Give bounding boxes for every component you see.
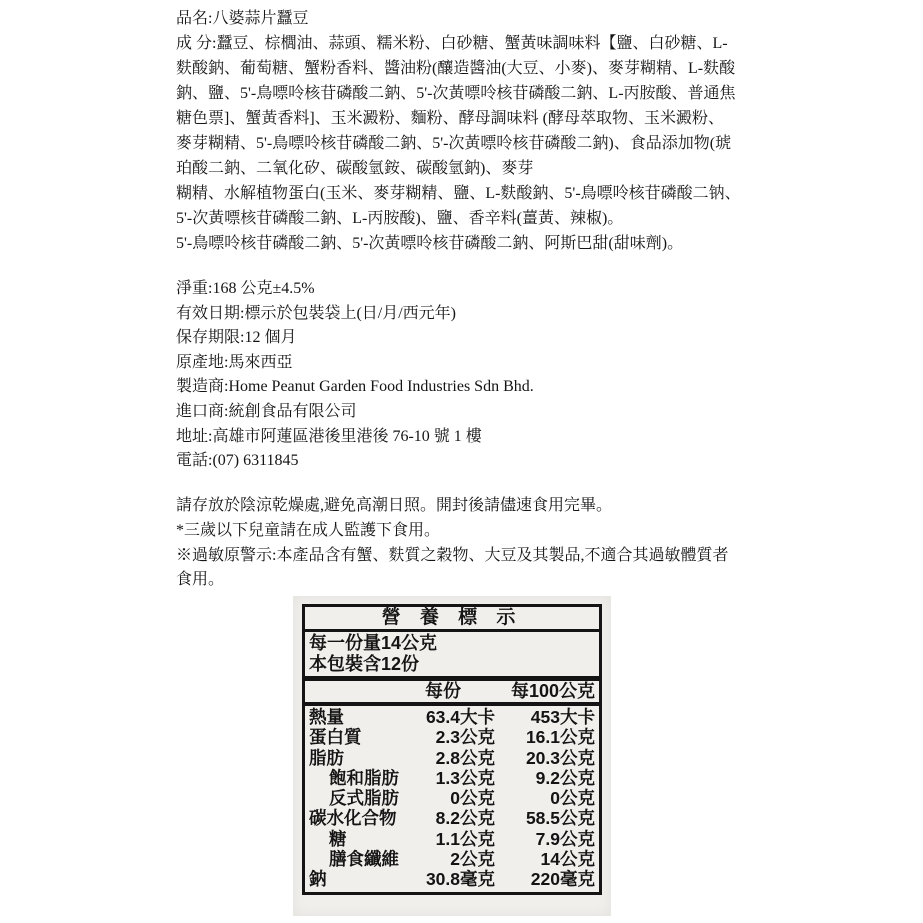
warning-block: 請存放於陰涼乾燥處,避免高潮日照。開封後請儘速食用完畢。 *三歲以下兒童請在成人… xyxy=(176,494,816,593)
nutrition-rows: 熱量 63.4大卡 453大卡 蛋白質 2.3公克 16.1公克 脂肪 2.8公… xyxy=(305,706,599,892)
origin-line: 原產地:馬來西亞 xyxy=(176,351,816,376)
ingredients-line-7: 糊精、水解植物蛋白(玉米、麥芽糊精、鹽、L-麩酸鈉、5'-鳥嘌呤核苷磷酸二钠、 xyxy=(176,181,816,206)
phone-line: 電話:(07) 6311845 xyxy=(176,449,816,474)
per-serving-header: 每份 xyxy=(395,681,491,702)
nutrition-title: 營 養 標 示 xyxy=(305,607,599,632)
ingredients-line-9: 5'-鳥嘌呤核苷磷酸二鈉、5'-次黃嘌呤核苷磷酸二鈉、阿斯巴甜(甜味劑)。 xyxy=(176,231,816,256)
table-row-carbohydrate: 碳水化合物 8.2公克 58.5公克 xyxy=(305,808,599,828)
nutrition-serving-info: 每一份量14公克 本包裝含12份 xyxy=(305,632,599,681)
ingredients-line-5: 麥芽糊精、5'-鳥嘌呤核苷磷酸二鈉、5'-次黃嘌呤核苷磷酸二鈉)、食品添加物(琥 xyxy=(176,131,816,156)
table-row-protein: 蛋白質 2.3公克 16.1公克 xyxy=(305,727,599,747)
table-row-trans-fat: 反式脂肪 0公克 0公克 xyxy=(305,788,599,808)
table-row-energy: 熱量 63.4大卡 453大卡 xyxy=(305,707,599,727)
ingredients-block: 品名:八婆蒜片蠶豆 成 分:蠶豆、棕櫚油、蒜頭、糯米粉、白砂糖、蟹黃味調味料【鹽… xyxy=(176,6,816,256)
product-info-block: 淨重:168 公克±4.5% 有效日期:標示於包裝袋上(日/月/西元年) 保存期… xyxy=(176,277,816,474)
product-name-line: 品名:八婆蒜片蠶豆 xyxy=(176,6,816,31)
table-row-dietary-fiber: 膳食纖維 2公克 14公克 xyxy=(305,849,599,869)
table-row-sodium: 鈉 30.8毫克 220毫克 xyxy=(305,869,599,889)
nutrition-table: 營 養 標 示 每一份量14公克 本包裝含12份 每份 每100公克 熱量 63… xyxy=(302,604,602,895)
ingredients-line-6: 珀酸二鈉、二氧化矽、碳酸氫銨、碳酸氫鈉)、麥芽 xyxy=(176,156,816,181)
shelf-life-line: 保存期限:12 個月 xyxy=(176,326,816,351)
table-row-fat: 脂肪 2.8公克 20.3公克 xyxy=(305,748,599,768)
ingredients-line-1: 成 分:蠶豆、棕櫚油、蒜頭、糯米粉、白砂糖、蟹黃味調味料【鹽、白砂糖、L- xyxy=(176,31,816,56)
net-weight-line: 淨重:168 公克±4.5% xyxy=(176,277,816,302)
table-row-sugar: 糖 1.1公克 7.9公克 xyxy=(305,829,599,849)
manufacturer-line: 製造商:Home Peanut Garden Food Industries S… xyxy=(176,375,816,400)
per-100g-header: 每100公克 xyxy=(491,681,595,702)
nutrition-label-photo: 營 養 標 示 每一份量14公克 本包裝含12份 每份 每100公克 熱量 63… xyxy=(293,596,611,916)
ingredients-line-3: 鈉、鹽、5'-鳥嘌呤核苷磷酸二鈉、5'-次黃嘌呤核苷磷酸二鈉、L-丙胺酸、普通焦 xyxy=(176,81,816,106)
table-row-saturated-fat: 飽和脂肪 1.3公克 9.2公克 xyxy=(305,768,599,788)
serving-size: 每一份量14公克 xyxy=(309,633,599,654)
expiry-date-line: 有效日期:標示於包裝袋上(日/月/西元年) xyxy=(176,302,816,327)
nutrition-column-headers: 每份 每100公克 xyxy=(305,681,599,706)
product-label-page: 品名:八婆蒜片蠶豆 成 分:蠶豆、棕櫚油、蒜頭、糯米粉、白砂糖、蟹黃味調味料【鹽… xyxy=(0,0,923,923)
ingredients-line-2: 麩酸鈉、葡萄糖、蟹粉香料、醬油粉(釀造醬油(大豆、小麥)、麥芽糊精、L-麩酸 xyxy=(176,56,816,81)
servings-per-pack: 本包裝含12份 xyxy=(309,654,599,675)
header-spacer xyxy=(305,681,395,702)
storage-note-line: 請存放於陰涼乾燥處,避免高潮日照。開封後請儘速食用完畢。 xyxy=(176,494,816,519)
allergen-note-line: ※過敏原警示:本產品含有蟹、麩質之穀物、大豆及其製品,不適合其過敏體質者 xyxy=(176,544,816,569)
allergen-note-cont: 食用。 xyxy=(176,568,816,593)
children-note-line: *三歲以下兒童請在成人監護下食用。 xyxy=(176,519,816,544)
importer-line: 進口商:統創食品有限公司 xyxy=(176,400,816,425)
address-line: 地址:高雄市阿蓮區港後里港後 76-10 號 1 樓 xyxy=(176,425,816,450)
ingredients-line-4: 糖色票]、蟹黃香料]、玉米澱粉、麵粉、酵母調味料 (酵母萃取物、玉米澱粉、 xyxy=(176,106,816,131)
ingredients-line-8: 5'-次黃嘌核苷磷酸二鈉、L-丙胺酸)、鹽、香辛料(薑黃、辣椒)。 xyxy=(176,206,816,231)
